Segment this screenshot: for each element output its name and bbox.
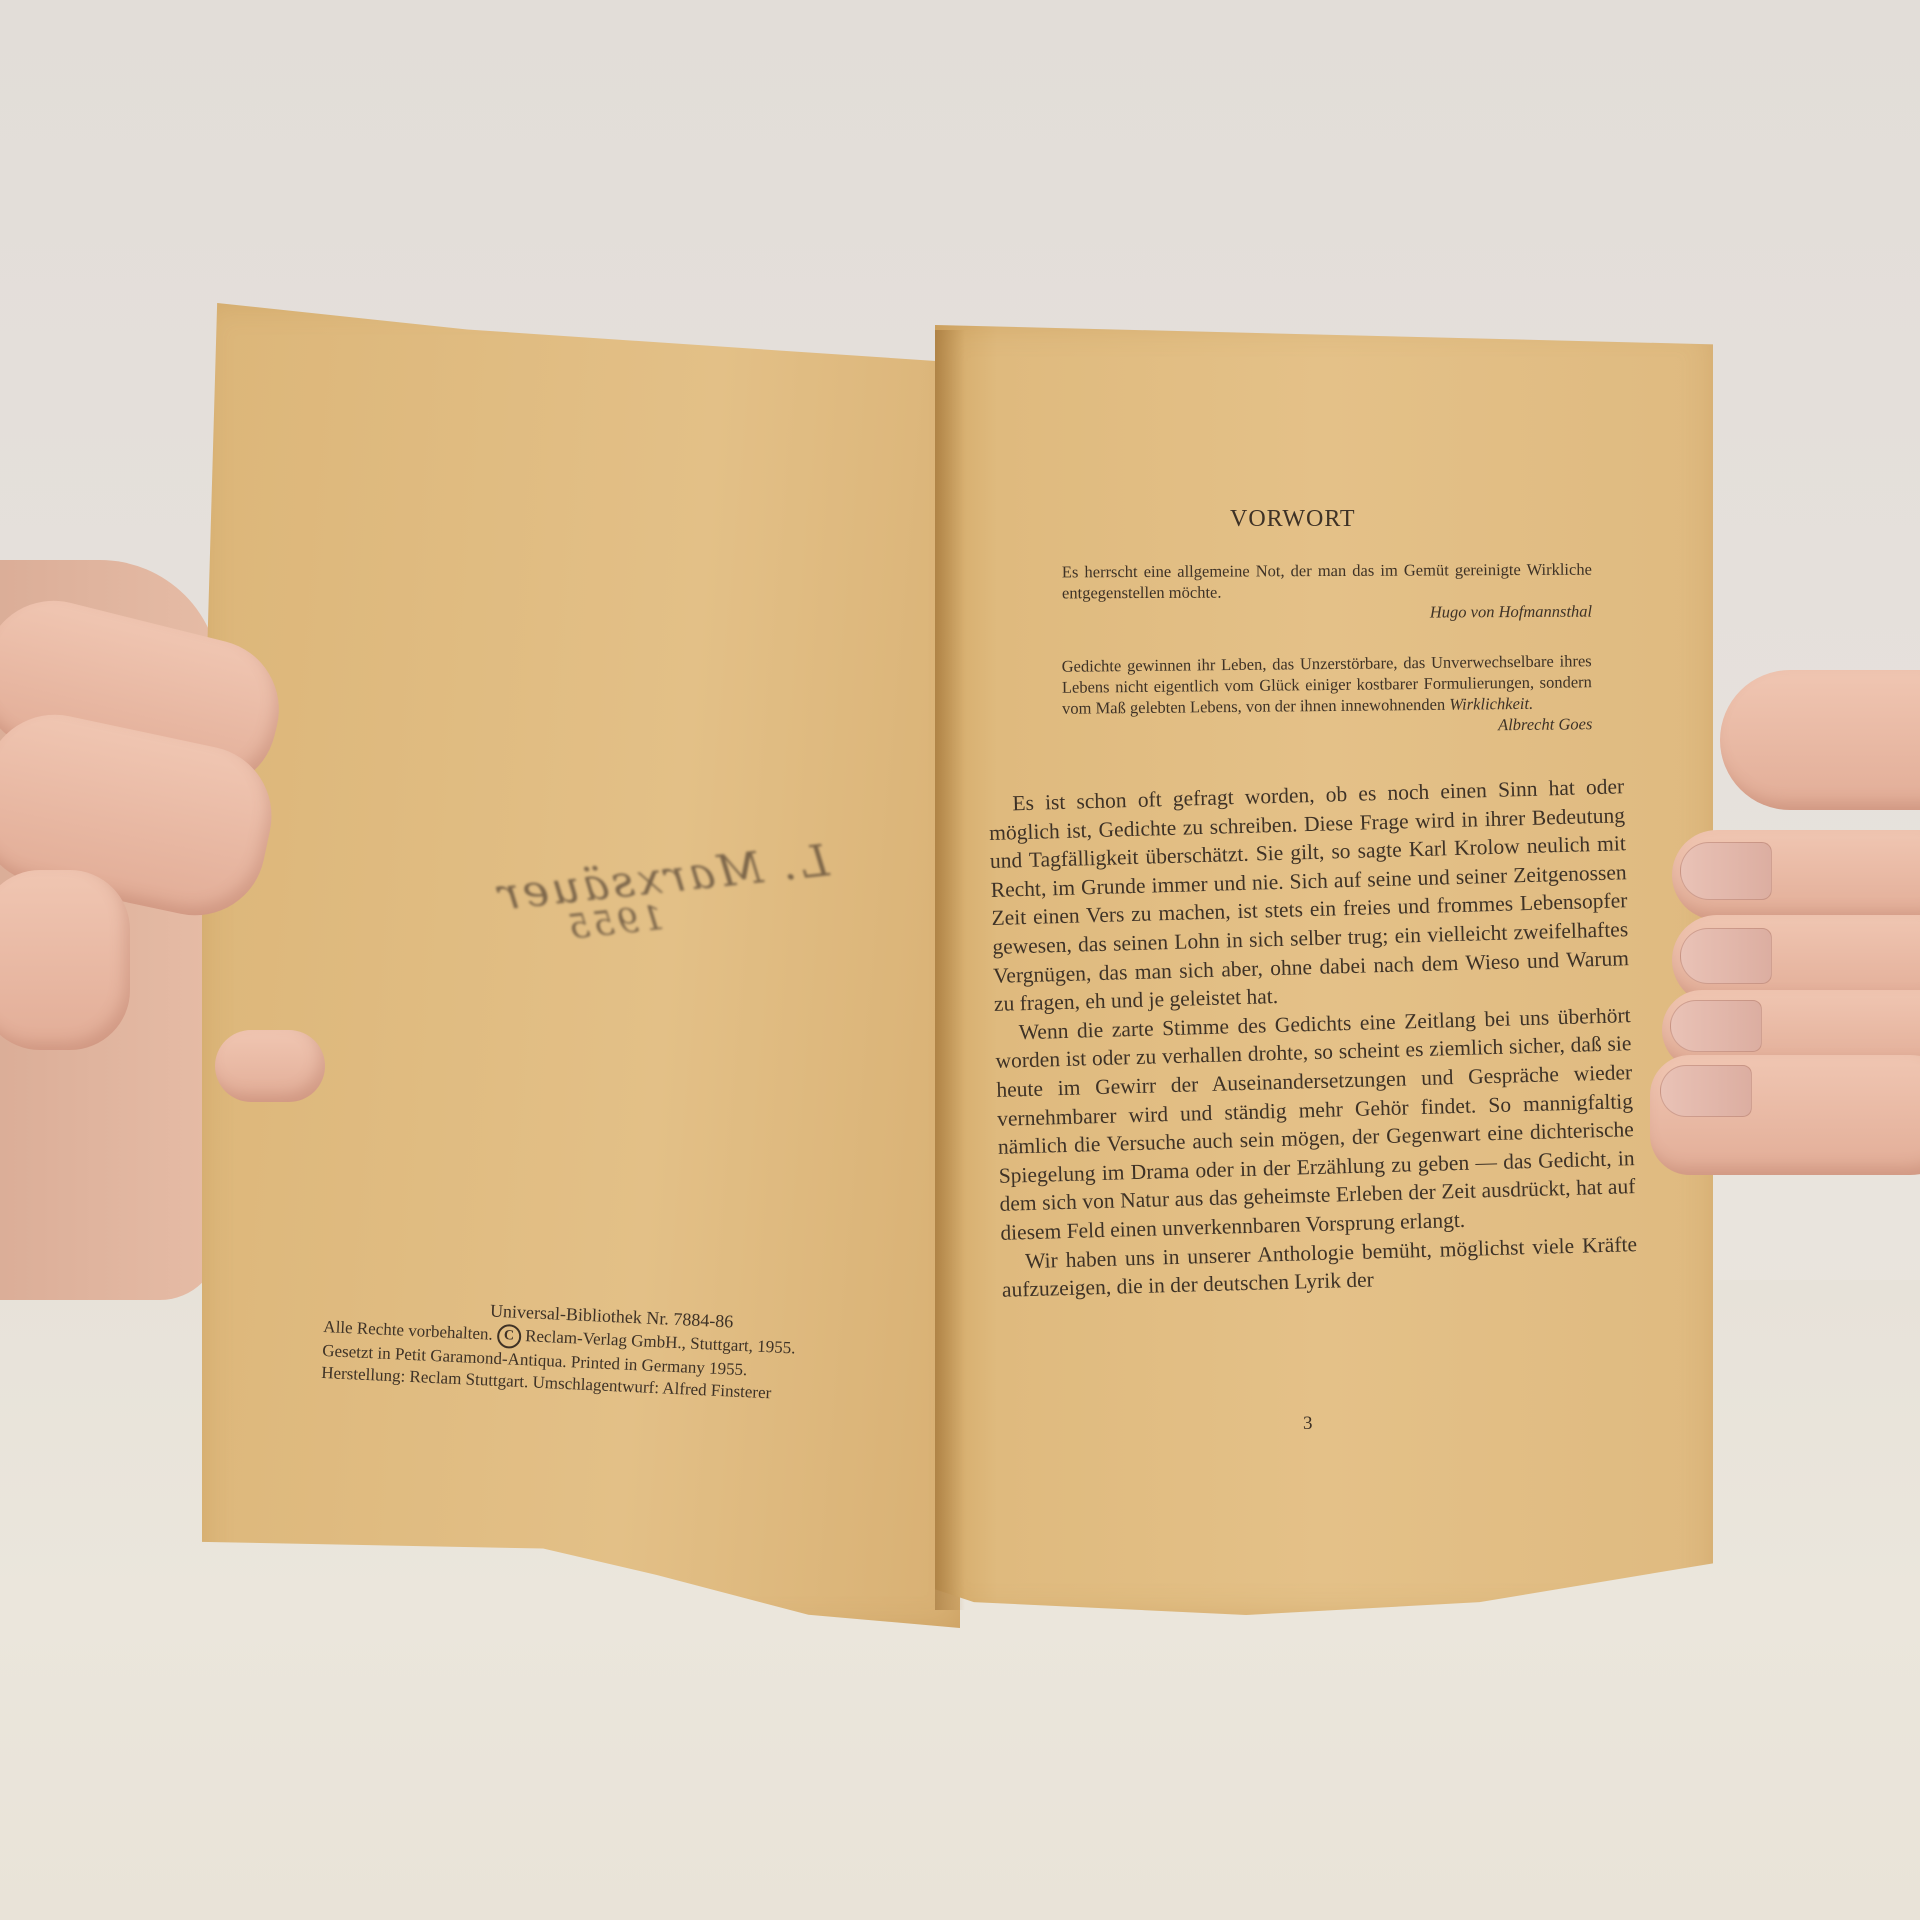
page-heading: VORWORT [1230, 506, 1356, 533]
thumb [215, 1030, 325, 1102]
epigraph-text: Es herrscht eine allgemeine Not, der man… [1062, 560, 1592, 603]
finger [0, 870, 130, 1050]
book-spine [935, 330, 965, 1610]
paragraph: Wenn die zarte Stimme des Gedichts eine … [994, 1001, 1636, 1247]
body-text: Es ist schon oft gefragt worden, ob es n… [988, 772, 1638, 1304]
epigraph: Es herrscht eine allgemeine Not, der man… [1062, 559, 1592, 625]
page-number: 3 [1303, 1413, 1313, 1435]
right-hand [1640, 660, 1920, 1420]
paragraph: Es ist schon oft gefragt worden, ob es n… [988, 772, 1630, 1018]
fingernail [1680, 842, 1772, 900]
fingernail [1660, 1065, 1752, 1117]
epigraph: Gedichte gewinnen ihr Leben, das Unzerst… [1062, 650, 1593, 740]
epigraph-author: Hugo von Hofmannsthal [1062, 601, 1592, 625]
fingernail [1680, 928, 1772, 984]
epigraph-emphasis: Wirklichkeit. [1449, 694, 1533, 714]
thumb [1720, 670, 1920, 810]
copyright-icon: C [496, 1324, 521, 1349]
fingernail [1670, 1000, 1762, 1052]
left-hand [0, 620, 350, 1140]
